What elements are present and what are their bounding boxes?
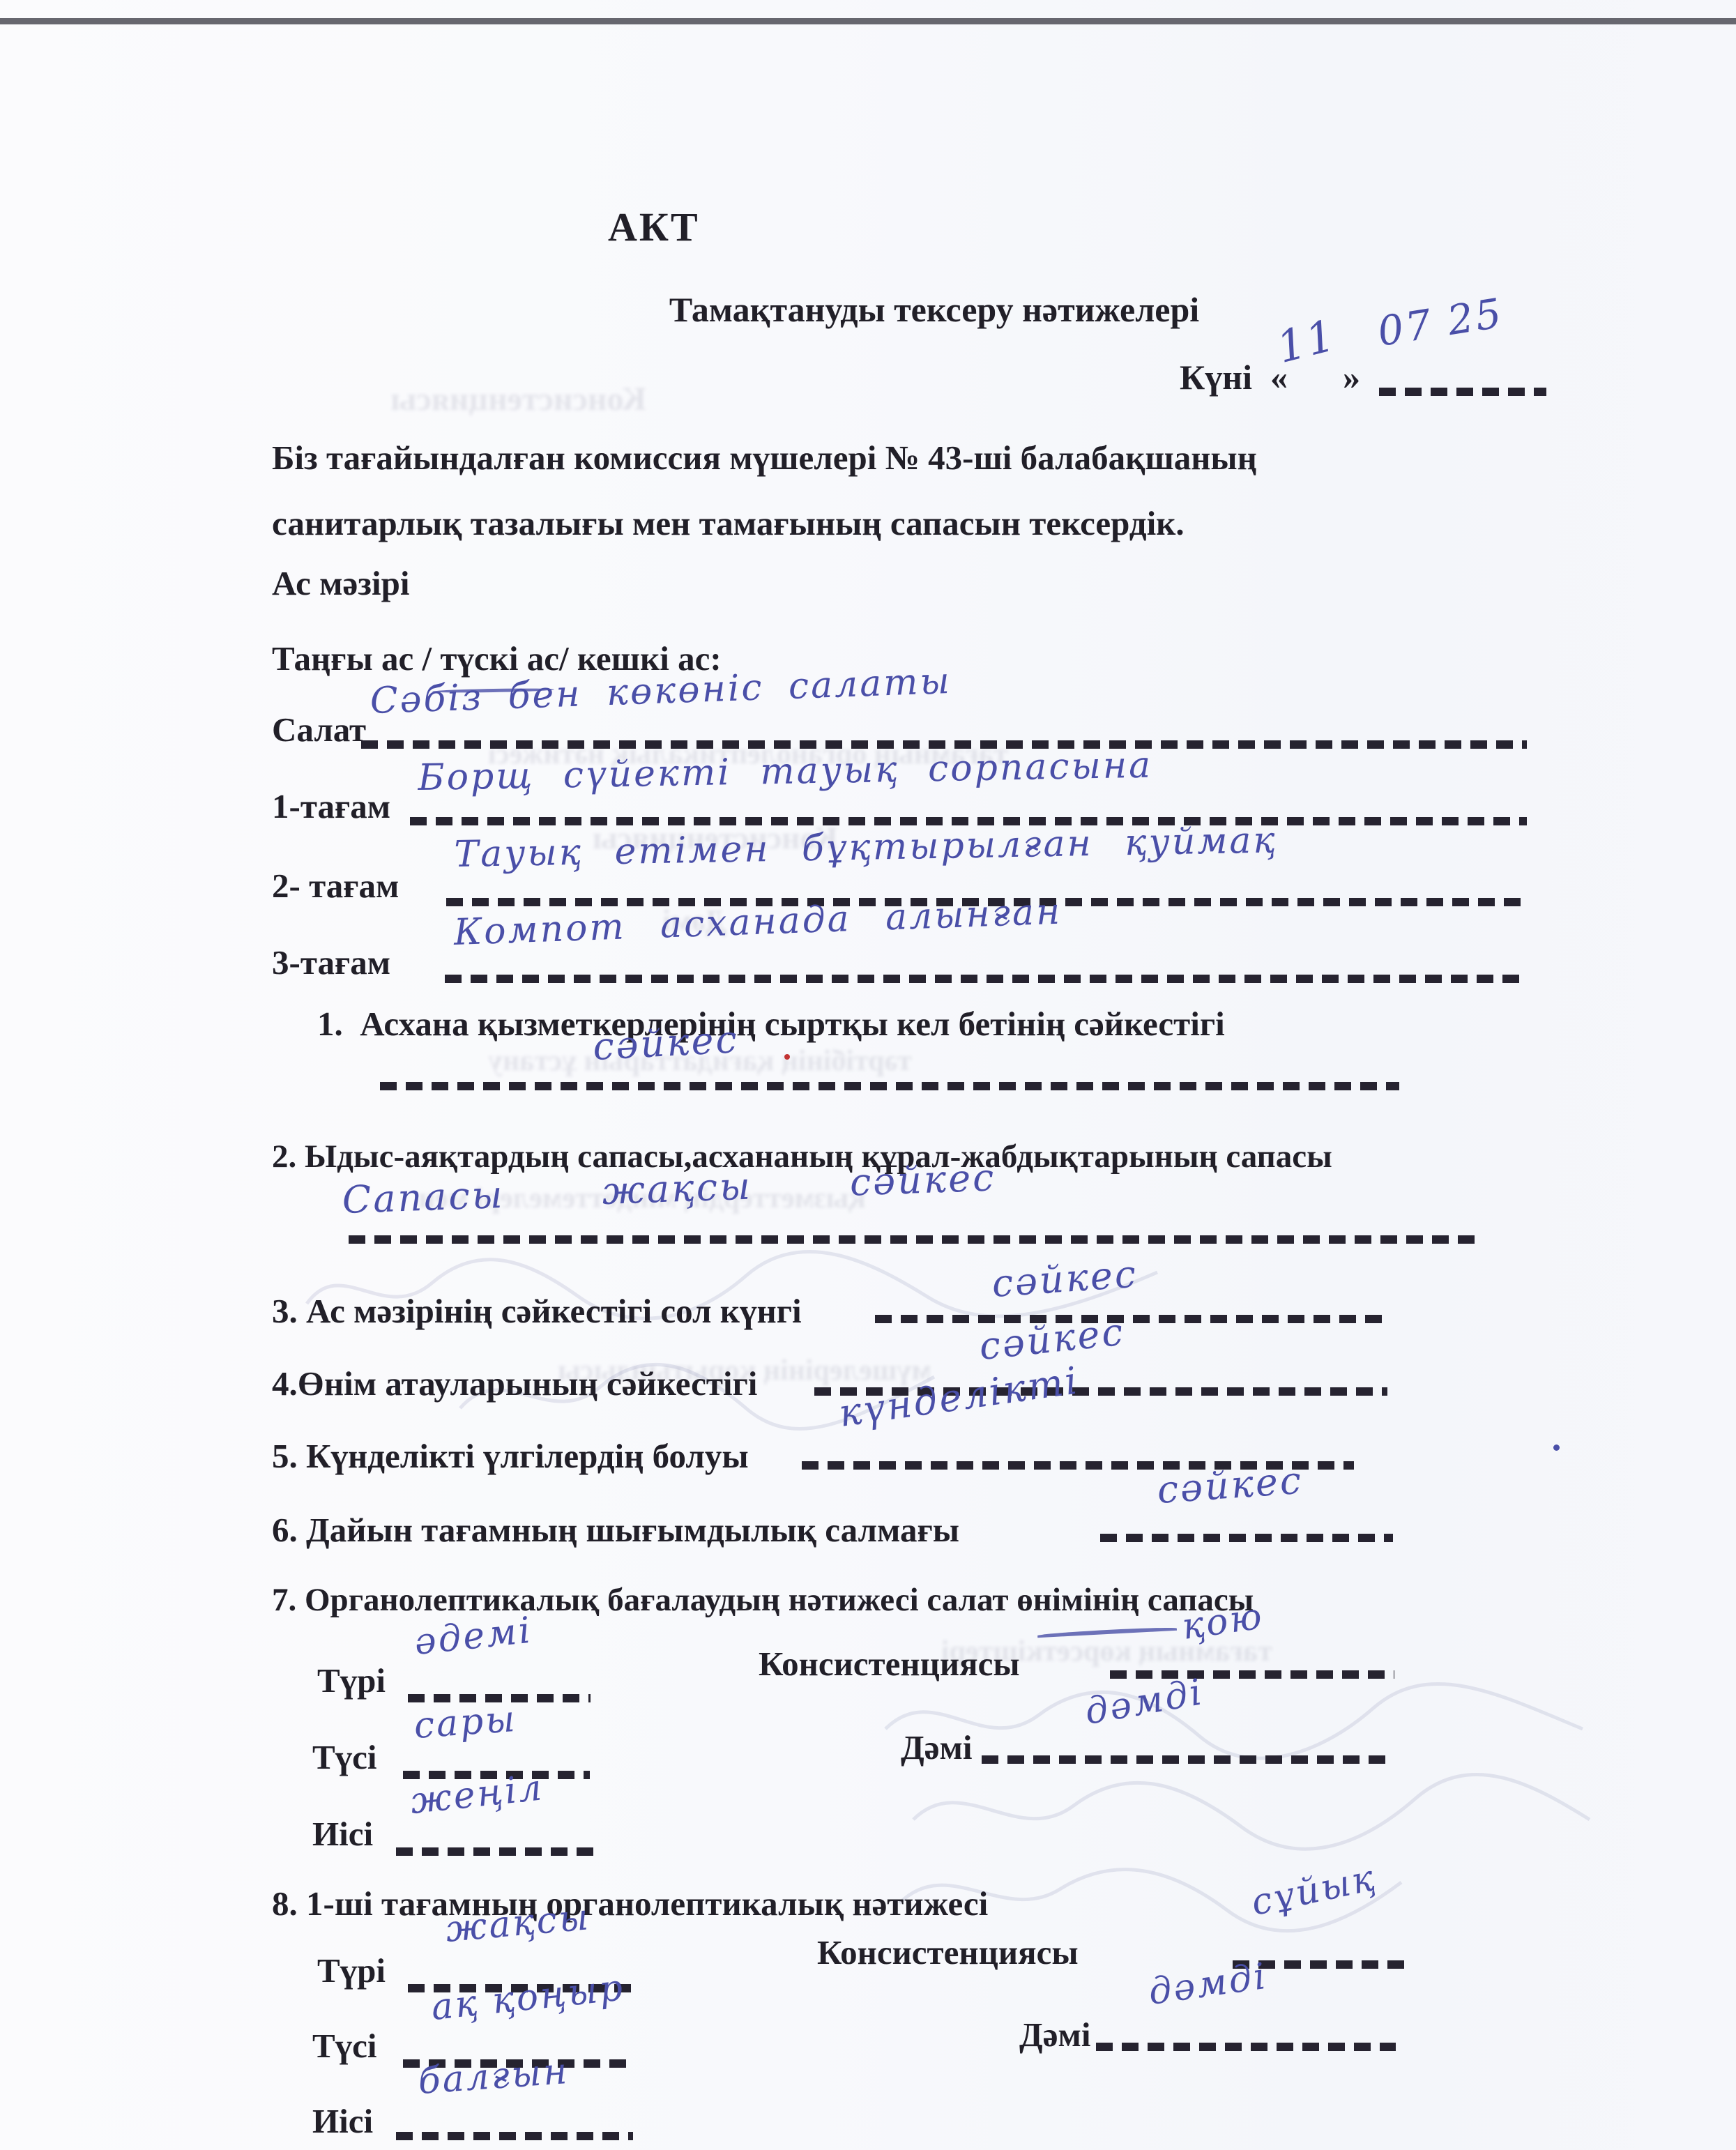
bleedthrough-text: Консистенциясы [390,380,646,418]
document-title: АКТ [608,204,700,250]
field-label: Иісі [312,2101,373,2141]
course-handwritten: Тауық етімен бұқтырылған қуймақ [454,819,1277,876]
answer-dash-line [380,1082,1399,1090]
course-dash-line [445,975,1527,983]
course-label: 1-тағам [272,786,390,826]
answer-dash-line [1100,1534,1393,1542]
scan-edge-line [0,18,1736,24]
field-label: Түсі [312,2026,377,2066]
item-answer-handwritten: сәйкес [1156,1458,1304,1512]
field-label: Консистенциясы [759,1644,1020,1684]
checklist-item: 6. Дайын тағамның шығымдылық салмағы [272,1510,959,1550]
course-label: 2- тағам [272,866,399,906]
item-number: 3. [272,1292,306,1330]
checklist-item: 1. Асхана қызметкерлерінің сыртқы кел бе… [317,1004,1225,1044]
checklist-item: 3. Ас мәзірінің сәйкестігі сол күнгі [272,1291,802,1331]
field-dash-line [396,1847,597,1856]
field-handwritten: сары [413,1698,519,1747]
menu-heading: Ас мәзірі [272,563,409,603]
field-dash-line [982,1755,1393,1764]
field-label: Консистенциясы [817,1932,1079,1972]
answer-dash-line [349,1235,1482,1244]
blue-speck [1553,1444,1560,1451]
field-handwritten: дәмді [1146,1955,1270,2013]
intro-line-2: санитарлық тазалығы мен тамағының сапасы… [272,503,1185,543]
field-label: Дәмі [901,1728,972,1767]
item-text: Дайын тағамның шығымдылық салмағы [306,1511,959,1549]
course-label: Салат [272,710,366,749]
field-label: Дәмі [1019,2015,1090,2054]
section-7-heading: 7. Органолептикалық бағалаудың нәтижесі … [272,1581,1254,1619]
item-number: 2. [272,1138,305,1175]
field-dash-line [1110,1670,1394,1679]
item-number: 4. [272,1364,298,1403]
field-label: Иісі [312,1814,373,1854]
section-8-heading: 8. 1-ші тағамның органолептикалық нәтиже… [272,1884,988,1923]
answer-dash-line [875,1315,1384,1323]
item-text: Күнделікті үлгілердің болуы [306,1437,749,1475]
field-handwritten: ақ қоңыр [429,1967,627,2029]
field-label: Түрі [317,1951,386,1990]
item-text: Асхана қызметкерлерінің сыртқы кел бетін… [360,1005,1224,1043]
field-label: Түсі [312,1737,377,1777]
date-dash-line [1379,388,1546,396]
date-quote-close: » [1343,357,1360,397]
checklist-item: 5. Күнделікті үлгілердің болуы [272,1436,749,1476]
item-text: Ас мәзірінің сәйкестігі сол күнгі [306,1292,802,1330]
field-dash-line [1096,2043,1396,2051]
item-number: 1. [317,1005,360,1043]
item-text: Өнім атауларының сәйкестігі [298,1364,758,1403]
field-handwritten: балғын [417,2050,570,2103]
red-speck [784,1054,790,1060]
course-label: 3-тағам [272,943,390,982]
scanned-document-page: Консистенциясы тағамның органолептикалық… [0,0,1736,2150]
item-number: 5. [272,1437,306,1475]
checklist-item: 4.Өнім атауларының сәйкестігі [272,1364,757,1403]
field-label: Түрі [317,1661,386,1700]
field-dash-line [396,2132,633,2140]
item-answer-handwritten: сәйкес [592,1017,740,1069]
date-label: Күні [1180,357,1252,397]
intro-line-1: Біз тағайындалған комиссия мүшелері № 43… [272,438,1257,478]
item-number: 6. [272,1511,306,1549]
